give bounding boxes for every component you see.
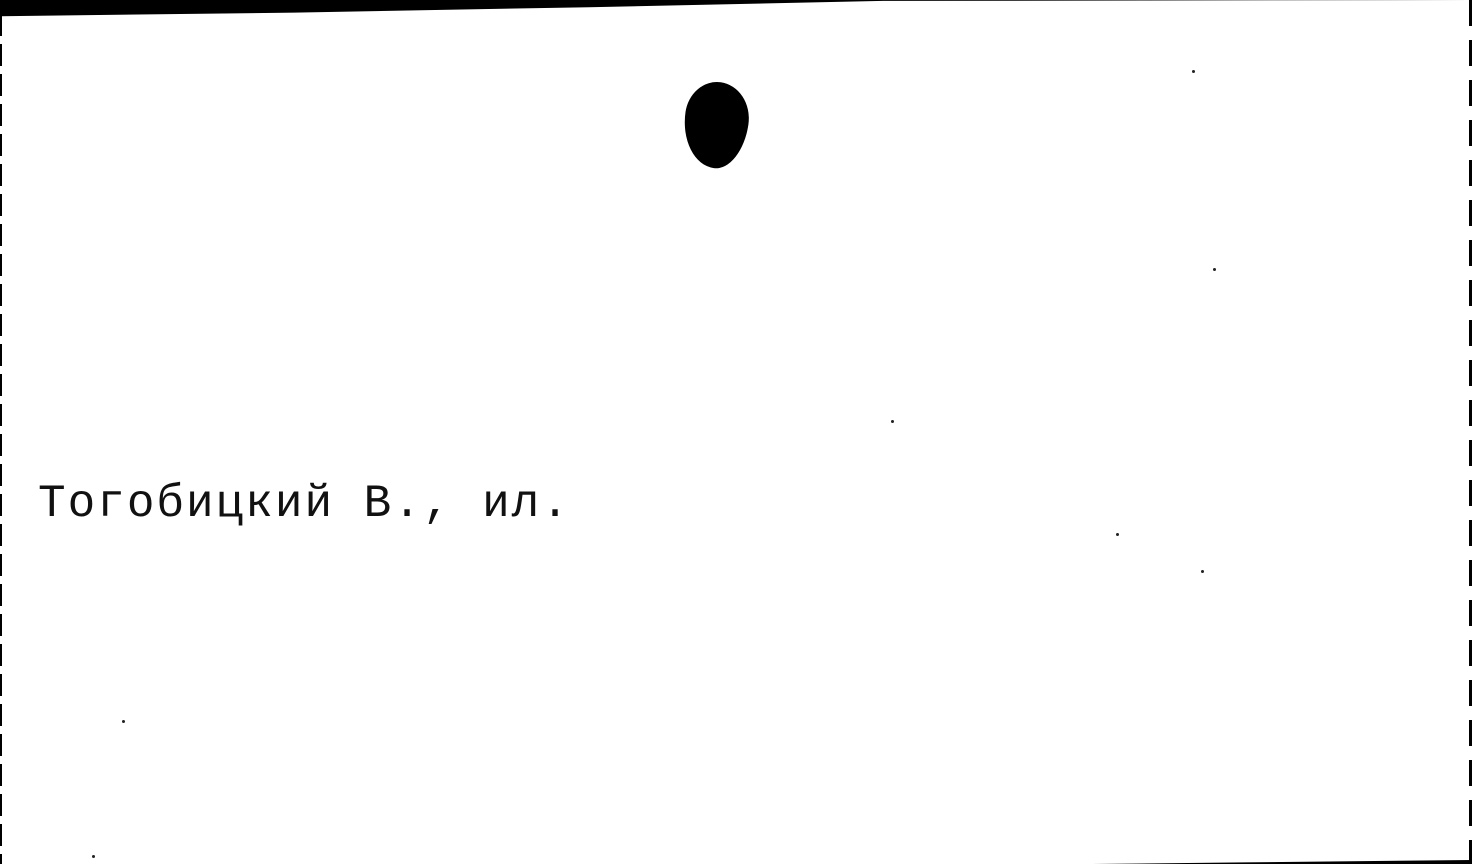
punch-hole: [678, 78, 753, 172]
scan-speck: [1213, 268, 1216, 271]
catalog-card: Тогобицкий В., ил.: [0, 0, 1472, 864]
scan-speck: [1201, 570, 1204, 573]
scan-left-edge: [0, 14, 2, 864]
scan-speck: [1116, 533, 1119, 536]
scan-speck: [1192, 70, 1195, 73]
catalog-entry-text: Тогобицкий В., ил.: [38, 478, 571, 530]
scan-speck: [891, 420, 894, 423]
scan-speck: [122, 720, 125, 723]
scan-top-edge: [0, 0, 1472, 18]
scan-speck: [92, 855, 95, 858]
scan-bottom-edge: [1092, 860, 1472, 864]
